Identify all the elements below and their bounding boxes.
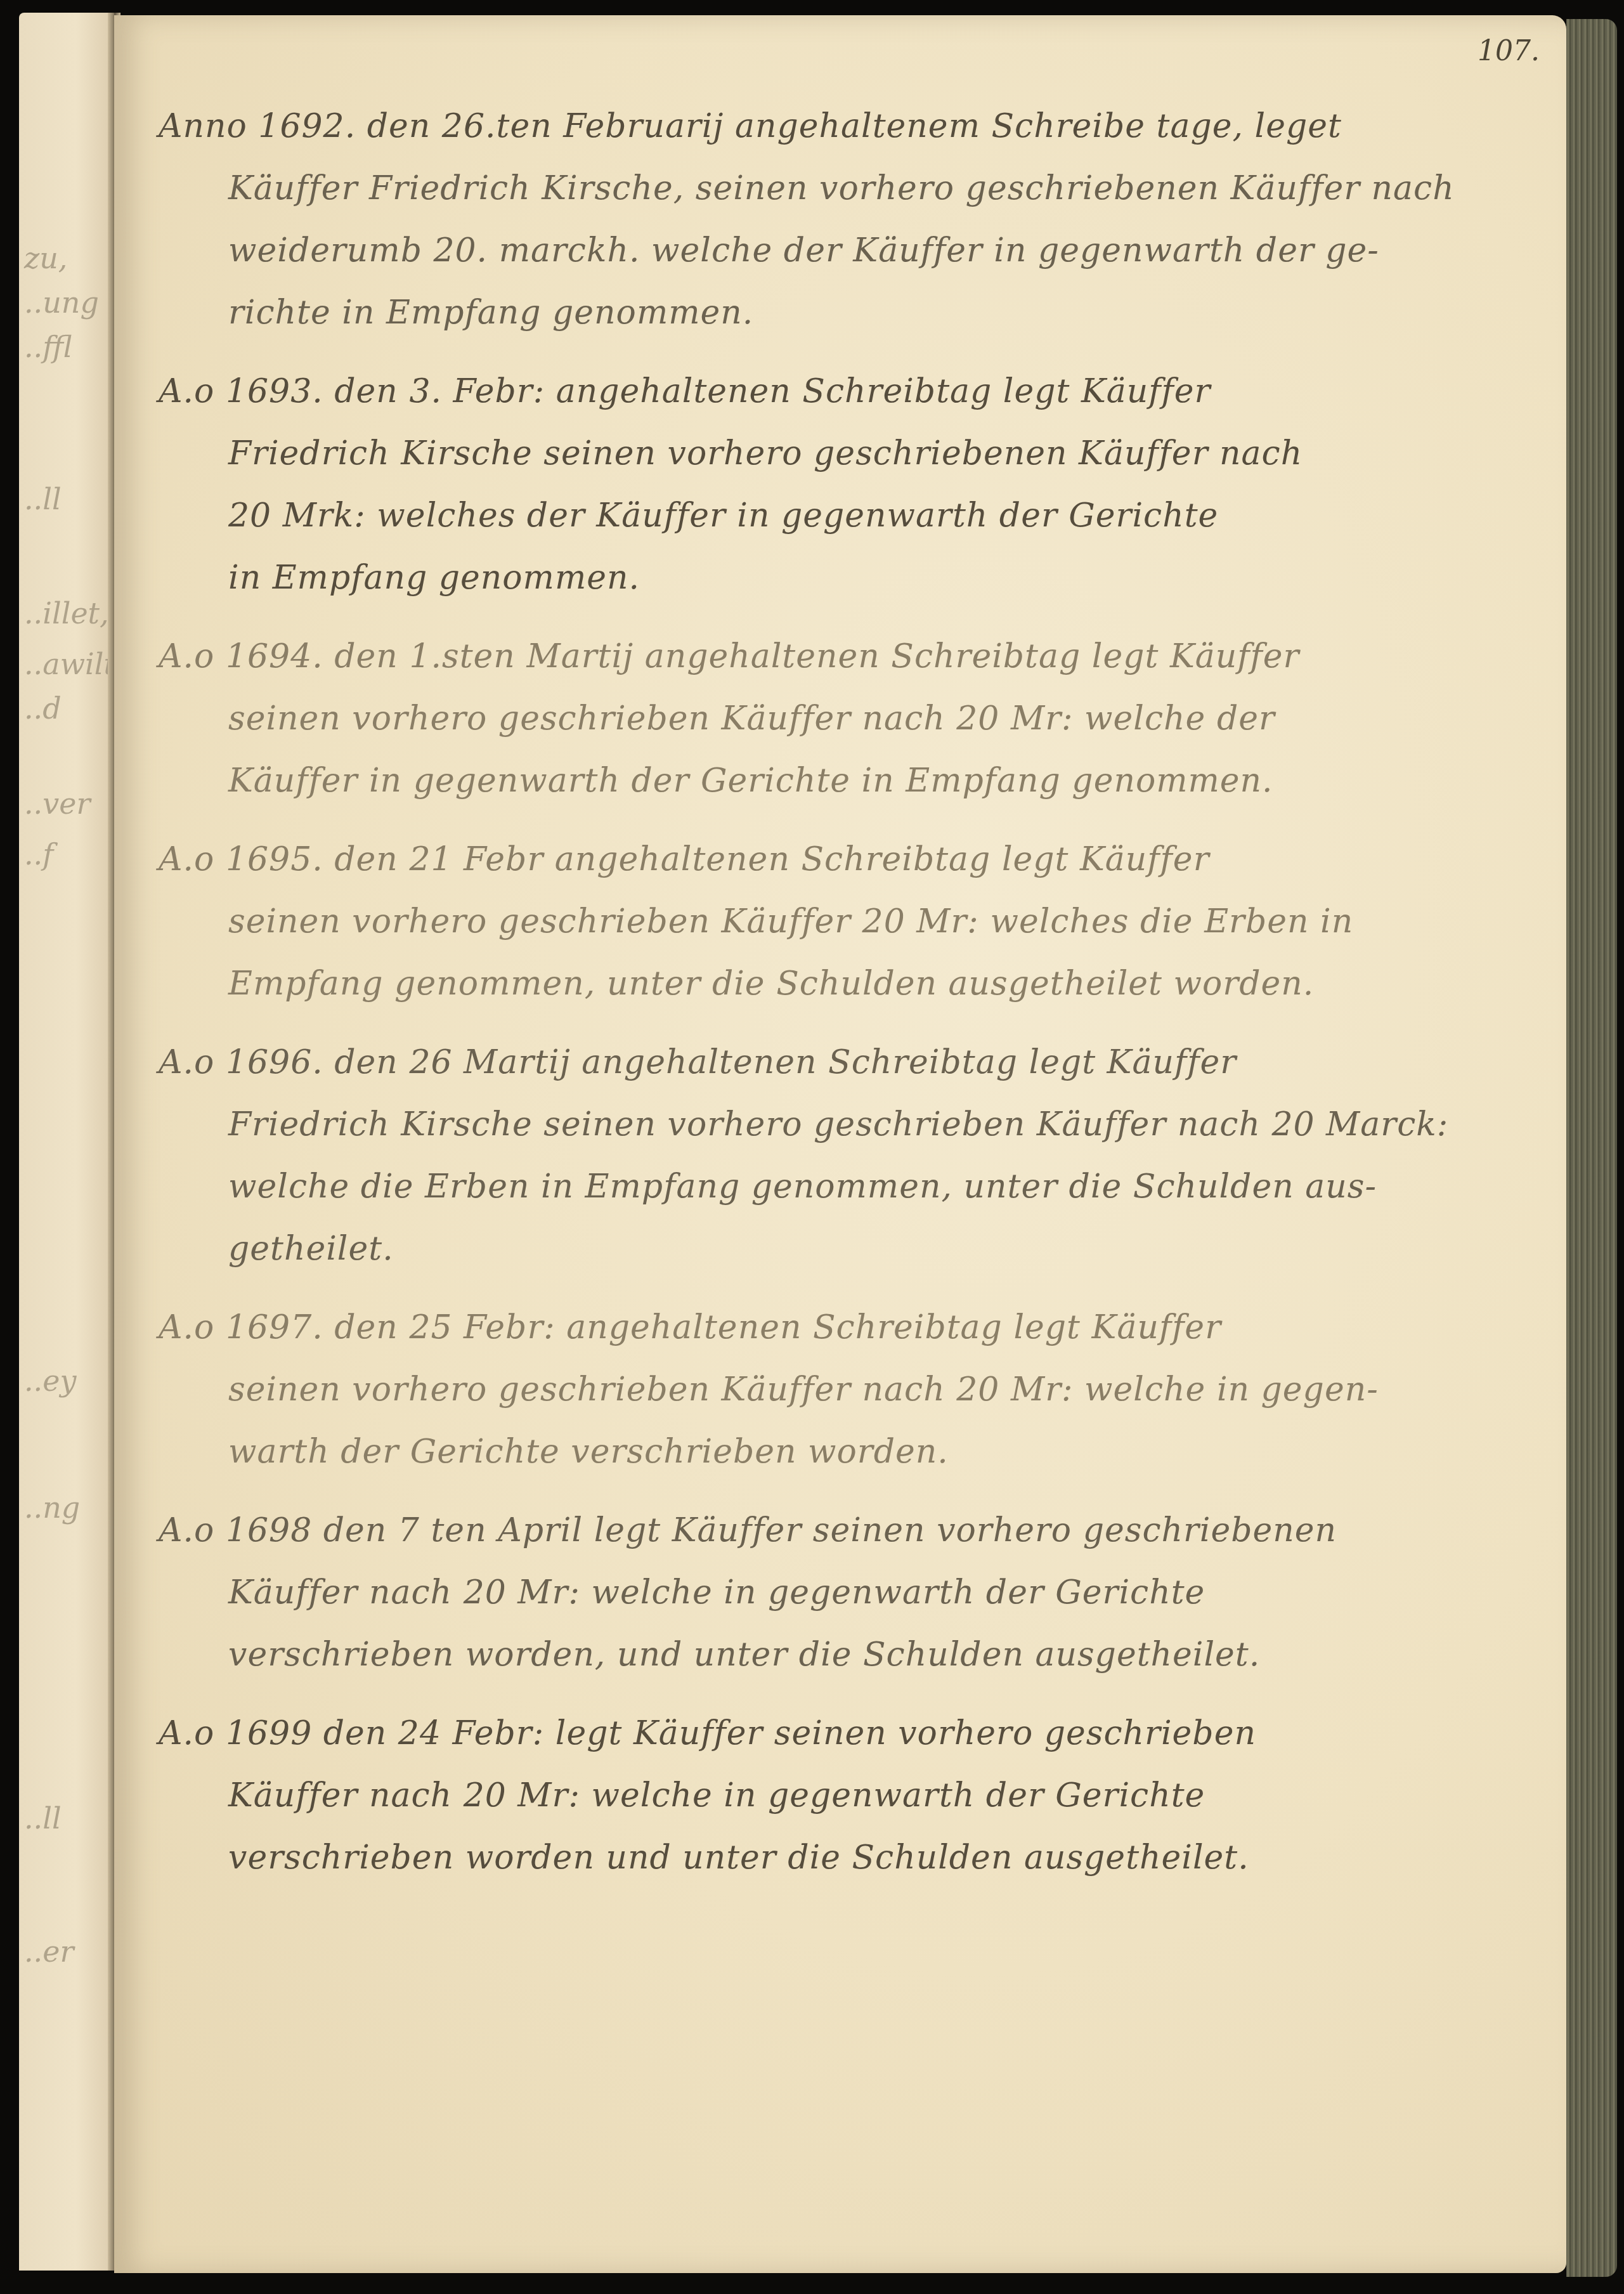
entry-line: Käuffer nach 20 Mr: welche in gegenwarth…	[228, 1561, 1522, 1624]
ledger-entry-1698: A.o 1698 den 7 ten April legt Käuffer se…	[159, 1499, 1522, 1686]
ledger-entry-1699: A.o 1699 den 24 Febr: legt Käuffer seine…	[159, 1702, 1522, 1889]
page-number: 107.	[1478, 35, 1540, 67]
ledger-entry-1697: A.o 1697. den 25 Febr: angehaltenen Schr…	[159, 1296, 1522, 1483]
entry-line: Friedrich Kirsche seinen vorhero geschri…	[228, 422, 1522, 485]
entry-line: Empfang genommen, unter die Schulden aus…	[228, 953, 1522, 1015]
facing-text-fragment: ..ng	[24, 1490, 80, 1525]
ledger-entries: Anno 1692. den 26.ten Februarij angehalt…	[159, 95, 1522, 1905]
facing-text-fragment: ..f	[24, 837, 53, 871]
facing-text-fragment: zu,	[24, 241, 67, 275]
ledger-entry-1696: A.o 1696. den 26 Martij angehaltenen Sch…	[159, 1031, 1522, 1280]
entry-line: verschrieben worden und unter die Schuld…	[228, 1827, 1522, 1889]
entry-line: getheilet.	[228, 1218, 1522, 1280]
facing-text-fragment: ..illet,	[24, 596, 109, 630]
entry-line: Käuffer nach 20 Mr: welche in gegenwarth…	[228, 1764, 1522, 1827]
entry-line: A.o 1696. den 26 Martij angehaltenen Sch…	[159, 1031, 1522, 1093]
entry-line: A.o 1695. den 21 Febr angehaltenen Schre…	[159, 828, 1522, 890]
entry-line: A.o 1697. den 25 Febr: angehaltenen Schr…	[159, 1296, 1522, 1359]
entry-line: A.o 1694. den 1.sten Martij angehaltenen…	[159, 625, 1522, 688]
entry-line: warth der Gerichte verschrieben worden.	[228, 1421, 1522, 1483]
facing-page-fragment: zu, ..ung o ..ffl ..ll ..illet, ..awilt …	[19, 13, 114, 2271]
ledger-entry-1692: Anno 1692. den 26.ten Februarij angehalt…	[159, 95, 1522, 344]
entry-line: seinen vorhero geschrieben Käuffer nach …	[228, 688, 1522, 750]
entry-line: A.o 1699 den 24 Febr: legt Käuffer seine…	[159, 1702, 1522, 1764]
entry-line: seinen vorhero geschrieben Käuffer nach …	[228, 1359, 1522, 1421]
entry-line: verschrieben worden, und unter die Schul…	[228, 1624, 1522, 1686]
entry-line: Anno 1692. den 26.ten Februarij angehalt…	[159, 95, 1522, 157]
entry-line: Friedrich Kirsche seinen vorhero geschri…	[228, 1093, 1522, 1156]
ledger-entry-1694: A.o 1694. den 1.sten Martij angehaltenen…	[159, 625, 1522, 812]
facing-text-fragment: ..ll	[24, 482, 62, 516]
entry-line: A.o 1698 den 7 ten April legt Käuffer se…	[159, 1499, 1522, 1561]
facing-text-fragment: ..ffl	[24, 330, 72, 364]
entry-line: richte in Empfang genommen.	[228, 282, 1522, 344]
entry-line: welche die Erben in Empfang genommen, un…	[228, 1156, 1522, 1218]
entry-line: in Empfang genommen.	[228, 547, 1522, 609]
facing-text-fragment: ..d	[24, 691, 62, 726]
facing-text-fragment: ..er	[24, 1934, 74, 1969]
entry-line: Käuffer Friedrich Kirsche, seinen vorher…	[228, 157, 1522, 219]
facing-text-fragment: ..ll	[24, 1801, 62, 1835]
entry-line: A.o 1693. den 3. Febr: angehaltenen Schr…	[159, 360, 1522, 422]
ledger-entry-1695: A.o 1695. den 21 Febr angehaltenen Schre…	[159, 828, 1522, 1015]
entry-line: seinen vorhero geschrieben Käuffer 20 Mr…	[228, 890, 1522, 953]
facing-text-fragment: ..ver	[24, 786, 90, 821]
facing-text-fragment: ..awilt	[24, 647, 115, 681]
ledger-entry-1693: A.o 1693. den 3. Febr: angehaltenen Schr…	[159, 360, 1522, 609]
entry-line: 20 Mrk: welches der Käuffer in gegenwart…	[228, 485, 1522, 547]
book-page-edges	[1566, 19, 1617, 2277]
entry-line: weiderumb 20. marckh. welche der Käuffer…	[228, 219, 1522, 282]
entry-line: Käuffer in gegenwarth der Gerichte in Em…	[228, 750, 1522, 812]
facing-text-fragment: ..ey	[24, 1364, 76, 1398]
